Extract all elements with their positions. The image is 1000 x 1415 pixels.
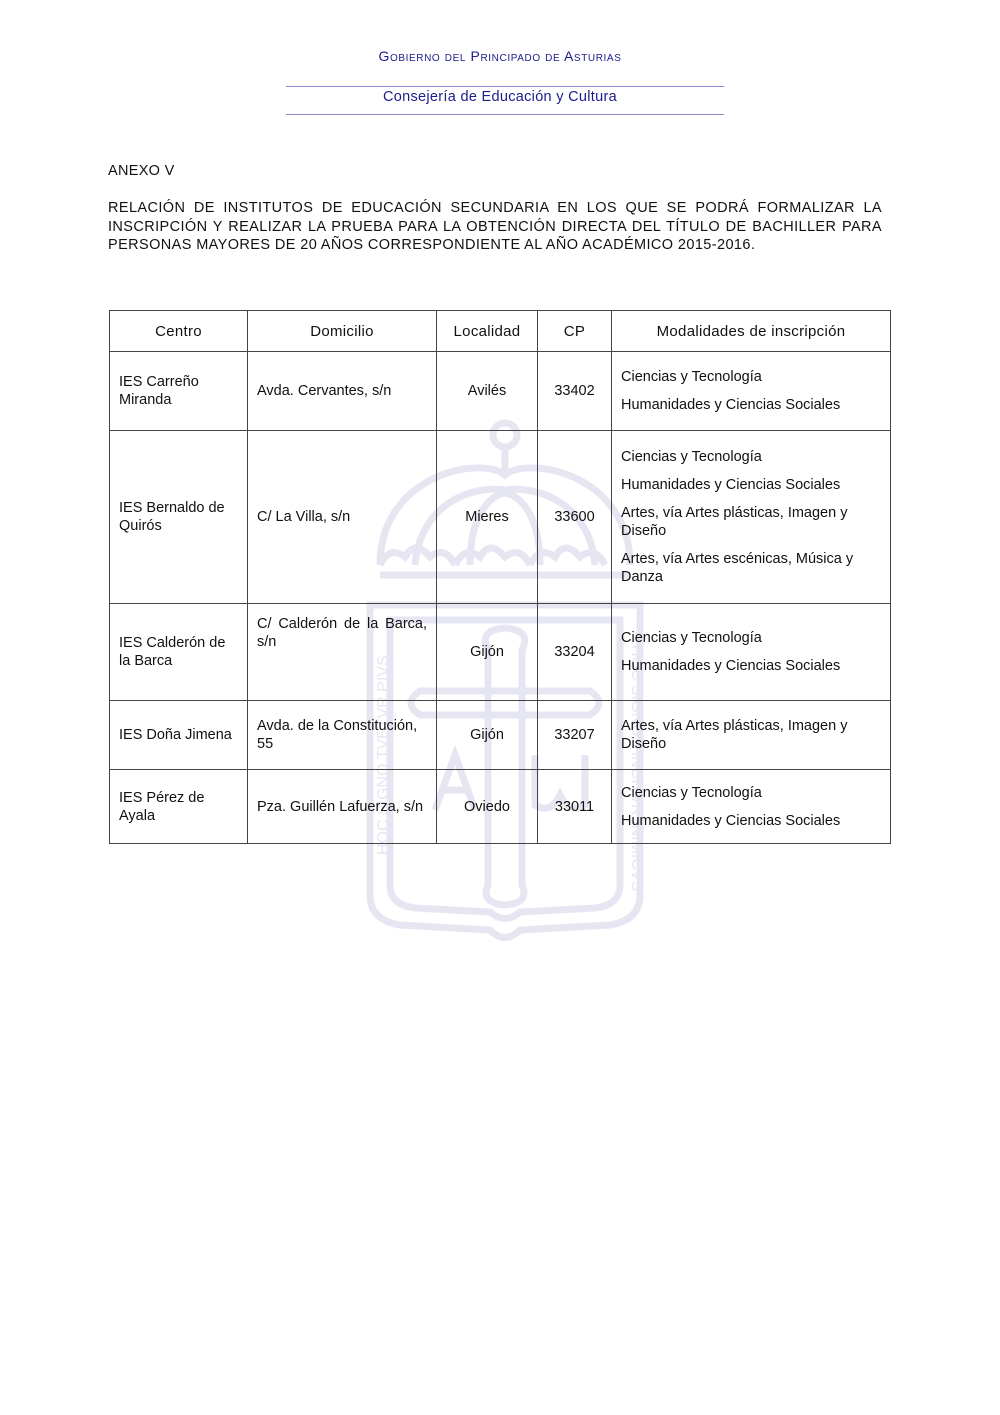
header-divider-bottom (286, 114, 724, 115)
column-header-centro: Centro (110, 311, 248, 352)
modalidad-item: Humanidades y Ciencias Sociales (621, 812, 882, 830)
cell-domicilio: Avda. Cervantes, s/n (248, 352, 437, 431)
column-header-domicilio: Domicilio (248, 311, 437, 352)
header-divider-top (286, 86, 724, 87)
cell-modalidades: Artes, vía Artes plásticas, Imagen y Dis… (612, 701, 891, 770)
table-row: IES Pérez de Ayala Pza. Guillén Lafuerza… (110, 770, 891, 844)
table-row: IES Calderón de la Barca C/ Calderón de … (110, 604, 891, 701)
modalidad-item: Artes, vía Artes plásticas, Imagen y Dis… (621, 717, 882, 753)
cell-domicilio: C/ Calderón de la Barca, s/n (248, 604, 437, 701)
cell-centro: IES Bernaldo de Quirós (110, 431, 248, 604)
modalidad-item: Artes, vía Artes plásticas, Imagen y Dis… (621, 504, 882, 540)
cell-localidad: Gijón (437, 701, 538, 770)
cell-modalidades: Ciencias y Tecnología Humanidades y Cien… (612, 604, 891, 701)
document-title: RELACIÓN DE INSTITUTOS DE EDUCACIÓN SECU… (108, 199, 882, 255)
modalidad-item: Ciencias y Tecnología (621, 629, 882, 647)
cell-centro: IES Pérez de Ayala (110, 770, 248, 844)
table-row: IES Carreño Miranda Avda. Cervantes, s/n… (110, 352, 891, 431)
cell-modalidades: Ciencias y Tecnología Humanidades y Cien… (612, 770, 891, 844)
cell-domicilio: C/ La Villa, s/n (248, 431, 437, 604)
modalidad-item: Ciencias y Tecnología (621, 368, 882, 386)
modalidad-item: Humanidades y Ciencias Sociales (621, 657, 882, 675)
cell-domicilio: Avda. de la Constitución, 55 (248, 701, 437, 770)
cell-centro: IES Doña Jimena (110, 701, 248, 770)
modalidad-item: Ciencias y Tecnología (621, 784, 882, 802)
cell-cp: 33402 (538, 352, 612, 431)
cell-domicilio: Pza. Guillén Lafuerza, s/n (248, 770, 437, 844)
cell-centro: IES Carreño Miranda (110, 352, 248, 431)
column-header-modalidades: Modalidades de inscripción (612, 311, 891, 352)
cell-cp: 33207 (538, 701, 612, 770)
cell-modalidades: Ciencias y Tecnología Humanidades y Cien… (612, 352, 891, 431)
cell-localidad: Mieres (437, 431, 538, 604)
modalidad-item: Humanidades y Ciencias Sociales (621, 396, 882, 414)
column-header-localidad: Localidad (437, 311, 538, 352)
modalidad-item: Artes, vía Artes escénicas, Música y Dan… (621, 550, 882, 586)
modalidad-item: Humanidades y Ciencias Sociales (621, 476, 882, 494)
department-header: Consejería de Educación y Cultura (0, 89, 1000, 105)
cell-cp: 33204 (538, 604, 612, 701)
cell-modalidades: Ciencias y Tecnología Humanidades y Cien… (612, 431, 891, 604)
cell-centro: IES Calderón de la Barca (110, 604, 248, 701)
table-header-row: Centro Domicilio Localidad CP Modalidade… (110, 311, 891, 352)
cell-localidad: Gijón (437, 604, 538, 701)
cell-cp: 33011 (538, 770, 612, 844)
modalidad-item: Ciencias y Tecnología (621, 448, 882, 466)
cell-cp: 33600 (538, 431, 612, 604)
institutes-table: Centro Domicilio Localidad CP Modalidade… (109, 310, 891, 844)
table-row: IES Doña Jimena Avda. de la Constitución… (110, 701, 891, 770)
annex-label: ANEXO V (108, 163, 175, 179)
table-row: IES Bernaldo de Quirós C/ La Villa, s/n … (110, 431, 891, 604)
government-header: Gobierno del Principado de Asturias (0, 48, 1000, 64)
column-header-cp: CP (538, 311, 612, 352)
cell-localidad: Avilés (437, 352, 538, 431)
cell-localidad: Oviedo (437, 770, 538, 844)
